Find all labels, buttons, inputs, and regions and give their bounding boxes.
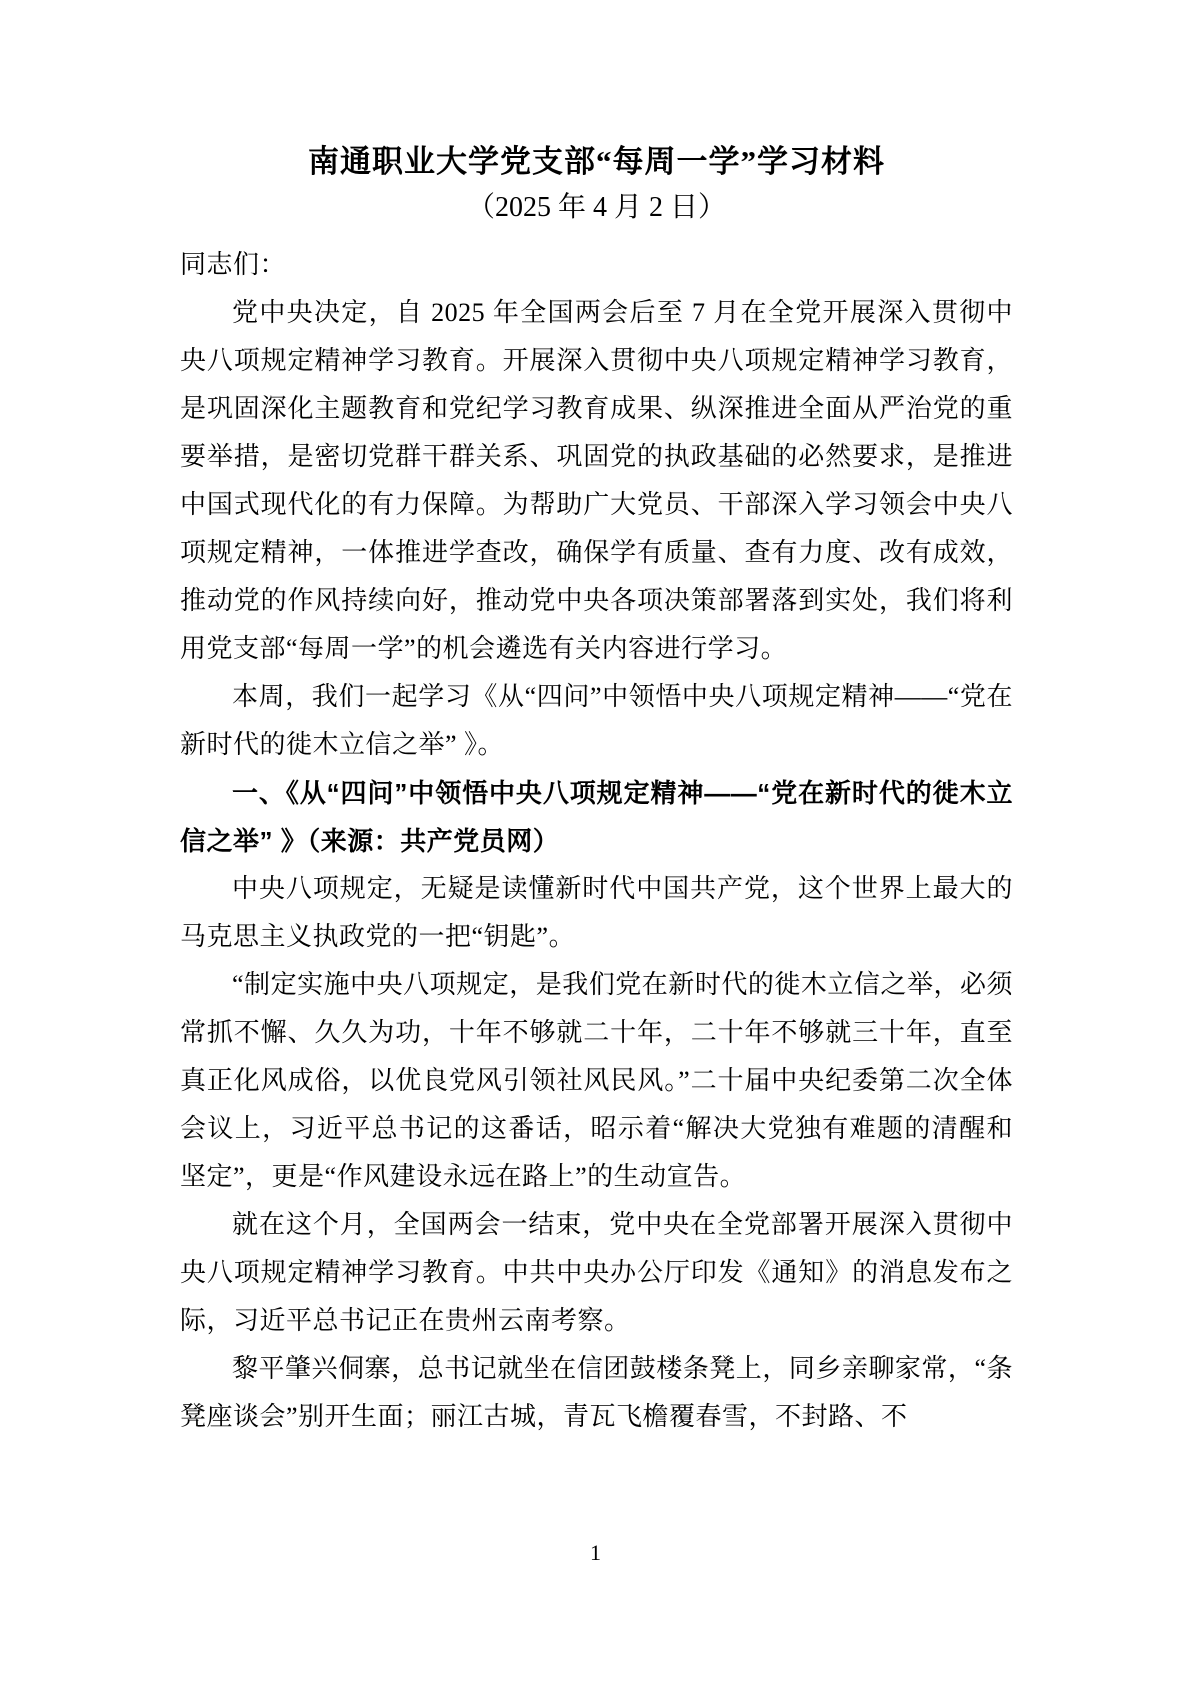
body-paragraph: 黎平肇兴侗寨，总书记就坐在信团鼓楼条凳上，同乡亲聊家常，“条凳座谈会”别开生面；… [180, 1345, 1013, 1441]
body-paragraph: 中央八项规定，无疑是读懂新时代中国共产党，这个世界上最大的马克思主义执政党的一把… [180, 865, 1013, 961]
page-number: 1 [0, 1540, 1191, 1566]
body-paragraph: 党中央决定，自 2025 年全国两会后至 7 月在全党开展深入贯彻中央八项规定精… [180, 289, 1013, 673]
body-paragraph: “制定实施中央八项规定，是我们党在新时代的徙木立信之举，必须常抓不懈、久久为功，… [180, 961, 1013, 1201]
document-content: 南通职业大学党支部“每周一学”学习材料 （2025 年 4 月 2 日） 同志们… [180, 140, 1013, 1441]
salutation-line: 同志们： [180, 241, 1013, 289]
body-paragraph: 本周，我们一起学习《从“四问”中领悟中央八项规定精神——“党在新时代的徙木立信之… [180, 673, 1013, 769]
body-paragraph: 就在这个月，全国两会一结束，党中央在全党部署开展深入贯彻中央八项规定精神学习教育… [180, 1201, 1013, 1345]
document-title: 南通职业大学党支部“每周一学”学习材料 [180, 140, 1013, 185]
document-page: 南通职业大学党支部“每周一学”学习材料 （2025 年 4 月 2 日） 同志们… [0, 0, 1191, 1684]
section-heading: 一、《从“四问”中领悟中央八项规定精神——“党在新时代的徙木立信之举” 》（来源… [180, 769, 1013, 865]
document-date: （2025 年 4 月 2 日） [180, 187, 1013, 229]
document-body: 同志们： 党中央决定，自 2025 年全国两会后至 7 月在全党开展深入贯彻中央… [180, 241, 1013, 1441]
